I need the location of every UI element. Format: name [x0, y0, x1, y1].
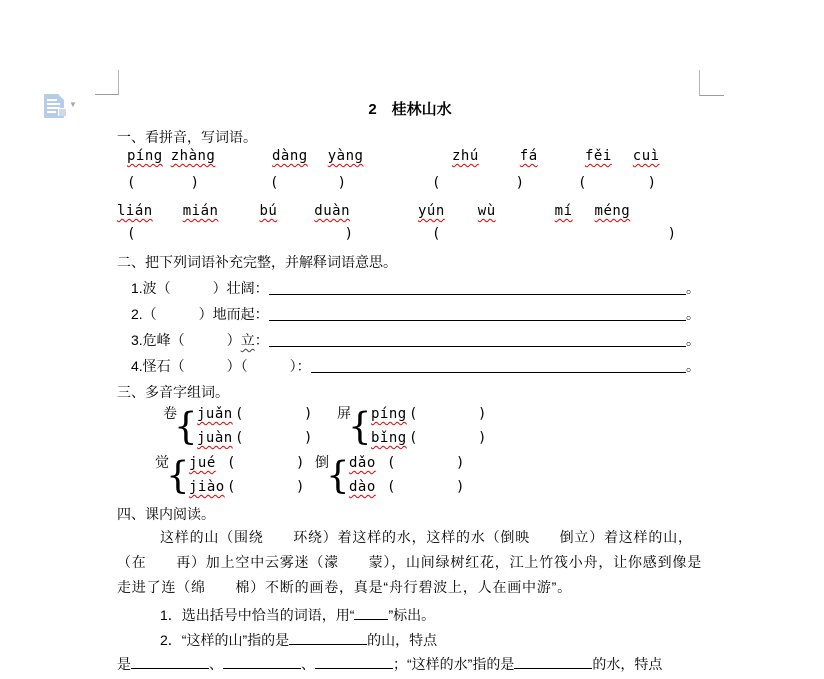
question-1: 1．选出括号中恰当的词语，用“”标出。	[160, 606, 435, 625]
paren-close: )	[345, 226, 353, 242]
brace-glyph: {	[174, 409, 198, 445]
fill-word-item: 4.怪石（ ）（ ）：。	[131, 357, 700, 376]
pinyin-word-group: píngzhàng	[127, 147, 215, 165]
question-text: 的水，特点	[592, 656, 662, 672]
question-text: 、	[209, 656, 223, 672]
fill-blank[interactable]	[131, 656, 209, 669]
question-text: 是	[117, 656, 131, 672]
paren-open: (	[578, 175, 586, 191]
paren-close: )	[456, 479, 465, 495]
fill-word-item: 2.（ ）地而起：。	[131, 305, 700, 324]
answer-line[interactable]	[269, 320, 686, 321]
item-period: 。	[686, 331, 700, 350]
paren-open: (	[127, 175, 135, 191]
answer-parens[interactable]: ()	[432, 175, 524, 191]
polyphone-group: 觉 { jué() jiào()	[155, 453, 169, 503]
pinyin-word: lián	[117, 203, 153, 219]
pinyin-word: bú	[259, 203, 277, 219]
answer-line[interactable]	[269, 346, 686, 347]
paren-open: (	[127, 226, 135, 242]
pinyin-word: mián	[183, 203, 219, 219]
paren-close: )	[668, 226, 676, 242]
brace-glyph: {	[166, 458, 190, 494]
question-2-line1: 2．“这样的山”指的是的山，特点	[160, 631, 437, 650]
fill-word-item: 1.波（ ）壮阔：。	[131, 279, 700, 298]
question-text: 2．“这样的山”指的是	[160, 632, 289, 648]
fill-blank[interactable]	[289, 632, 367, 645]
pinyin-reading: bǐng	[371, 430, 409, 446]
pinyin-reading: píng	[371, 406, 409, 422]
page-margin-mark-top-left	[95, 70, 119, 95]
paren-open: (	[235, 430, 244, 446]
question-text: 1．选出括号中恰当的词语，用“	[160, 607, 354, 623]
paren-close: )	[456, 455, 465, 471]
pinyin-word-group: fěicuì	[585, 147, 660, 165]
pinyin-word: yún	[418, 203, 445, 219]
paren-open: (	[432, 175, 440, 191]
paren-close: )	[296, 479, 305, 495]
item-text: 4.怪石（ ）（ ）：	[131, 357, 311, 376]
paren-close: )	[304, 406, 313, 422]
question-text: 的山，特点	[367, 632, 437, 648]
item-text: 2.（ ）地而起：	[131, 305, 269, 324]
paren-close: )	[191, 175, 199, 191]
pinyin-reading: jué	[189, 455, 227, 471]
item-text: ：	[255, 331, 269, 350]
paren-open: (	[387, 479, 396, 495]
pinyin-word-group: zhúfá	[452, 147, 538, 165]
pinyin-word-group: dàngyàng	[272, 147, 363, 165]
pinyin-reading: juǎn	[197, 406, 235, 422]
lesson-title: 2 桂林山水	[120, 100, 700, 119]
item-emph: 立	[241, 331, 255, 350]
pinyin-word: zhú	[452, 148, 479, 164]
brace-glyph: {	[326, 458, 350, 494]
chevron-down-icon[interactable]: ▼	[69, 101, 77, 109]
question-text: 、	[301, 656, 315, 672]
passage-line: 走进了连（绵 棉）不断的画卷，真是“舟行碧波上，人在画中游”。	[117, 578, 572, 597]
paren-open: (	[409, 406, 418, 422]
answer-parens[interactable]: ()	[127, 175, 199, 191]
fill-blank[interactable]	[223, 656, 301, 669]
pinyin-word: mí	[555, 203, 573, 219]
paren-close: )	[304, 430, 313, 446]
clipboard-paste-icon	[44, 94, 64, 118]
pinyin-word: cuì	[633, 148, 660, 164]
section2-heading: 二、把下列词语补充完整，并解释词语意思。	[117, 253, 397, 272]
page-margin-mark-top-right	[699, 70, 724, 96]
answer-parens[interactable]: ()	[432, 226, 676, 242]
item-period: 。	[686, 305, 700, 324]
polyphone-group: 卷 { juǎn() juàn()	[163, 404, 177, 454]
pinyin-reading: dǎo	[349, 455, 387, 471]
paren-open: (	[227, 479, 236, 495]
fill-blank[interactable]	[315, 656, 393, 669]
pinyin-word: dàng	[272, 148, 308, 164]
polyphone-group: 倒 { dǎo() dào()	[315, 453, 329, 503]
pinyin-word: méng	[595, 203, 631, 219]
pinyin-word-group: liánmiánbúduàn	[117, 202, 350, 220]
paren-open: (	[387, 455, 396, 471]
pinyin-word: zhàng	[171, 148, 216, 164]
item-text: 1.波（ ）壮阔：	[131, 279, 269, 298]
paren-close: )	[516, 175, 524, 191]
paren-open: (	[270, 175, 278, 191]
paren-close: )	[478, 406, 487, 422]
item-period: 。	[686, 357, 700, 376]
paren-close: )	[296, 455, 305, 471]
fill-blank[interactable]	[354, 607, 388, 620]
passage-line: 这样的山（围绕 环绕）着这样的水，这样的水（倒映 倒立）着这样的山，	[160, 528, 693, 547]
pinyin-word-group: yúnwùmíméng	[418, 202, 630, 220]
polyphone-group: 屏 { píng() bǐng()	[337, 404, 351, 454]
paren-close: )	[478, 430, 487, 446]
paren-close: )	[648, 175, 656, 191]
paren-open: (	[235, 406, 244, 422]
passage-line: （在 再）加上空中云雾迷（濛 蒙），山间绿树红花，江上竹筏小舟，让你感到像是	[117, 553, 702, 572]
answer-parens[interactable]: ()	[578, 175, 656, 191]
paste-options-button[interactable]: ▼	[42, 92, 84, 120]
document-page[interactable]: { "editor": { "paste_options_icon": "cli…	[0, 0, 824, 679]
paren-open: (	[227, 455, 236, 471]
pinyin-reading: jiào	[189, 479, 227, 495]
section4-heading: 四、课内阅读。	[117, 505, 215, 524]
question-text: ”标出。	[388, 607, 435, 623]
brace-glyph: {	[348, 409, 372, 445]
fill-blank[interactable]	[514, 656, 592, 669]
pinyin-word: wù	[478, 203, 496, 219]
paren-open: (	[432, 226, 440, 242]
question-2-line2: 是、、；“这样的水”指的是的水，特点	[117, 655, 662, 674]
pinyin-word: yàng	[328, 148, 364, 164]
item-period: 。	[686, 279, 700, 298]
answer-parens[interactable]: ()	[127, 226, 353, 242]
fill-word-item: 3.危峰（ ）立：。	[131, 331, 700, 350]
answer-line[interactable]	[269, 294, 686, 295]
pinyin-word: píng	[127, 148, 163, 164]
pinyin-reading: dào	[349, 479, 387, 495]
pinyin-word: fěi	[585, 148, 612, 164]
paren-close: )	[338, 175, 346, 191]
item-text: 3.危峰（ ）	[131, 331, 241, 350]
pinyin-word: duàn	[314, 203, 350, 219]
pinyin-word: fá	[520, 148, 538, 164]
answer-line[interactable]	[311, 372, 686, 373]
question-text: ；“这样的水”指的是	[393, 656, 514, 672]
pinyin-reading: juàn	[197, 430, 235, 446]
section1-heading: 一、看拼音，写词语。	[117, 128, 257, 147]
answer-parens[interactable]: ()	[270, 175, 346, 191]
section3-heading: 三、多音字组词。	[117, 383, 229, 402]
paren-open: (	[409, 430, 418, 446]
